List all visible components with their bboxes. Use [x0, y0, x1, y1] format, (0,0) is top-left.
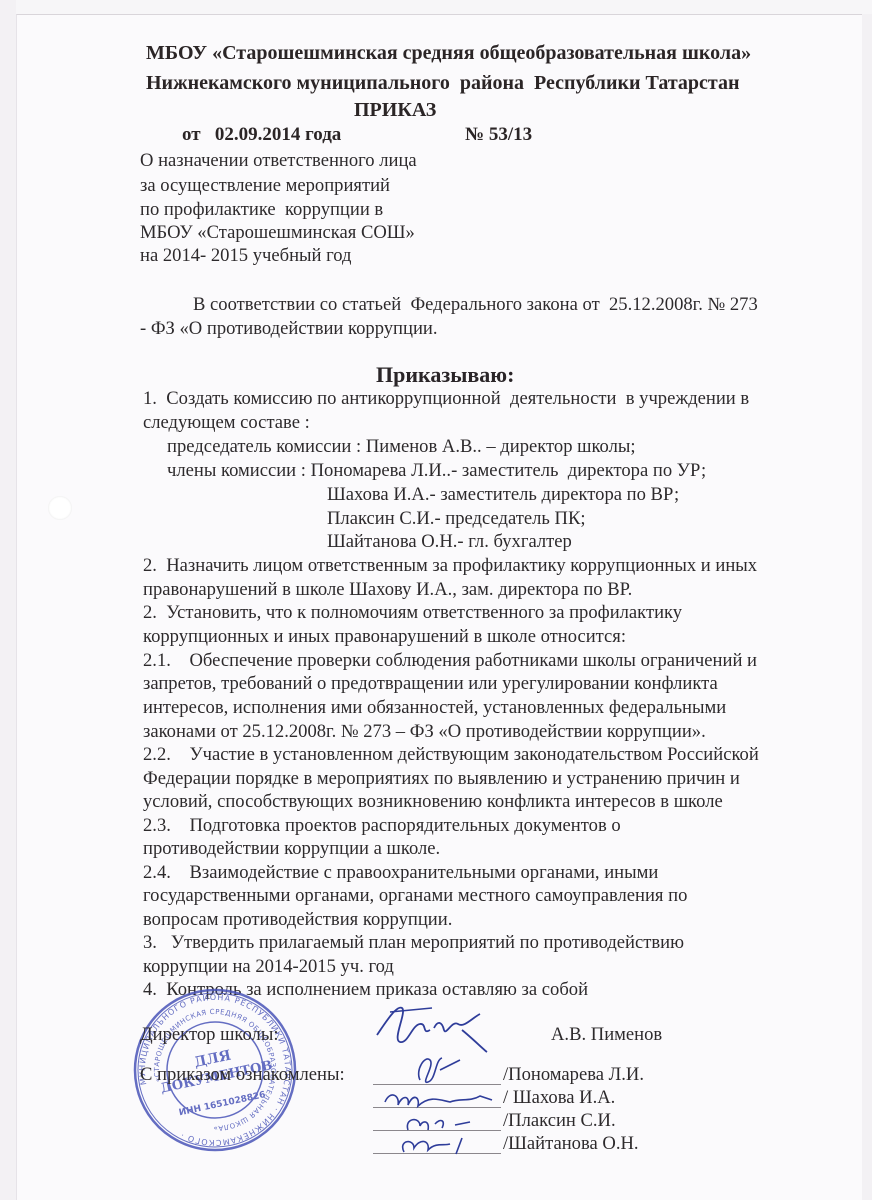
acknowledged-label: С приказом ознакомлены:	[140, 1064, 345, 1086]
subject-line: МБОУ «Старошешминская СОШ»	[140, 222, 415, 244]
preamble-line: В соответствии со статьей Федерального з…	[193, 294, 758, 316]
item-2-4-line: вопросам противодействия коррупции.	[143, 909, 452, 931]
acknowledged-name: /Пономарева Л.И.	[503, 1064, 644, 1086]
item-2-3-line: противодействии коррупции а школе.	[143, 838, 440, 860]
director-name: А.В. Пименов	[551, 1024, 662, 1046]
item-1-line: следующем составе :	[143, 412, 310, 434]
director-label: Директор школы:	[140, 1024, 279, 1046]
subject-line: за осуществление мероприятий	[140, 175, 390, 197]
item-2b-line: 2. Установить, что к полномочиям ответст…	[143, 602, 682, 624]
item-2-1-line: 2.1. Обеспечение проверки соблюдения раб…	[143, 650, 757, 672]
scan-edge	[16, 0, 872, 14]
subject-line: на 2014- 2015 учебный год	[140, 245, 352, 267]
district-name: Нижнекамского муниципального района Респ…	[146, 72, 740, 95]
item-3-line: коррупции на 2014-2015 уч. год	[143, 956, 394, 978]
order-date: от 02.09.2014 года	[182, 124, 341, 146]
commission-member: Шайтанова О.Н.- гл. бухгалтер	[327, 531, 572, 553]
item-2-line: 2. Назначить лицом ответственным за проф…	[143, 555, 757, 577]
punch-hole-icon	[48, 496, 72, 520]
item-2-1-line: интересов, исполнения ими обязанностей, …	[143, 697, 726, 719]
item-1-line: 1. Создать комиссию по антикоррупционной…	[143, 388, 749, 410]
item-2-4-line: государственными органами, органами мест…	[143, 885, 687, 907]
item-2-3-line: 2.3. Подготовка проектов распорядительны…	[143, 815, 621, 837]
order-number: № 53/13	[465, 124, 532, 146]
item-2-1-line: запретов, требований о предотвращении ил…	[143, 673, 718, 695]
item-2-2-line: Федерации порядке в мероприятиях по выяв…	[143, 768, 740, 790]
preamble-line: - ФЗ «О противодействии коррупции.	[140, 318, 438, 340]
acknowledged-name: / Шахова И.А.	[503, 1087, 615, 1109]
employee-signatures-icon	[380, 1040, 510, 1160]
commission-member: Шахова И.А.- заместитель директора по ВР…	[327, 484, 679, 506]
subject-line: О назначении ответственного лица	[140, 150, 417, 172]
item-2-1-line: законами от 25.12.2008г. № 273 – ФЗ «О п…	[143, 721, 706, 743]
acknowledged-name: /Шайтанова О.Н.	[503, 1133, 639, 1155]
item-3-line: 3. Утвердить прилагаемый план мероприяти…	[143, 932, 684, 954]
item-2b-line: коррупционных и иных правонарушений в шк…	[143, 626, 626, 648]
commission-chair: председатель комиссии : Пименов А.В.. – …	[167, 436, 636, 458]
school-name: МБОУ «Старошешминская средняя общеобразо…	[146, 42, 751, 65]
subject-line: по профилактике коррупции в	[140, 199, 383, 221]
item-2-4-line: 2.4. Взаимодействие с правоохранительным…	[143, 862, 658, 884]
acknowledged-name: /Плаксин С.И.	[503, 1110, 616, 1132]
item-2-line: правонарушений в школе Шахову И.А., зам.…	[143, 579, 632, 601]
commission-member: Плаксин С.И.- председатель ПК;	[327, 508, 586, 530]
order-heading: Приказываю:	[376, 362, 514, 388]
commission-members-label: члены комиссии : Пономарева Л.И..- замес…	[167, 460, 706, 482]
item-2-2-line: условий, способствующих возникновению ко…	[143, 791, 723, 813]
document-type-title: ПРИКАЗ	[354, 99, 436, 122]
item-2-2-line: 2.2. Участие в установленном действующим…	[143, 744, 759, 766]
